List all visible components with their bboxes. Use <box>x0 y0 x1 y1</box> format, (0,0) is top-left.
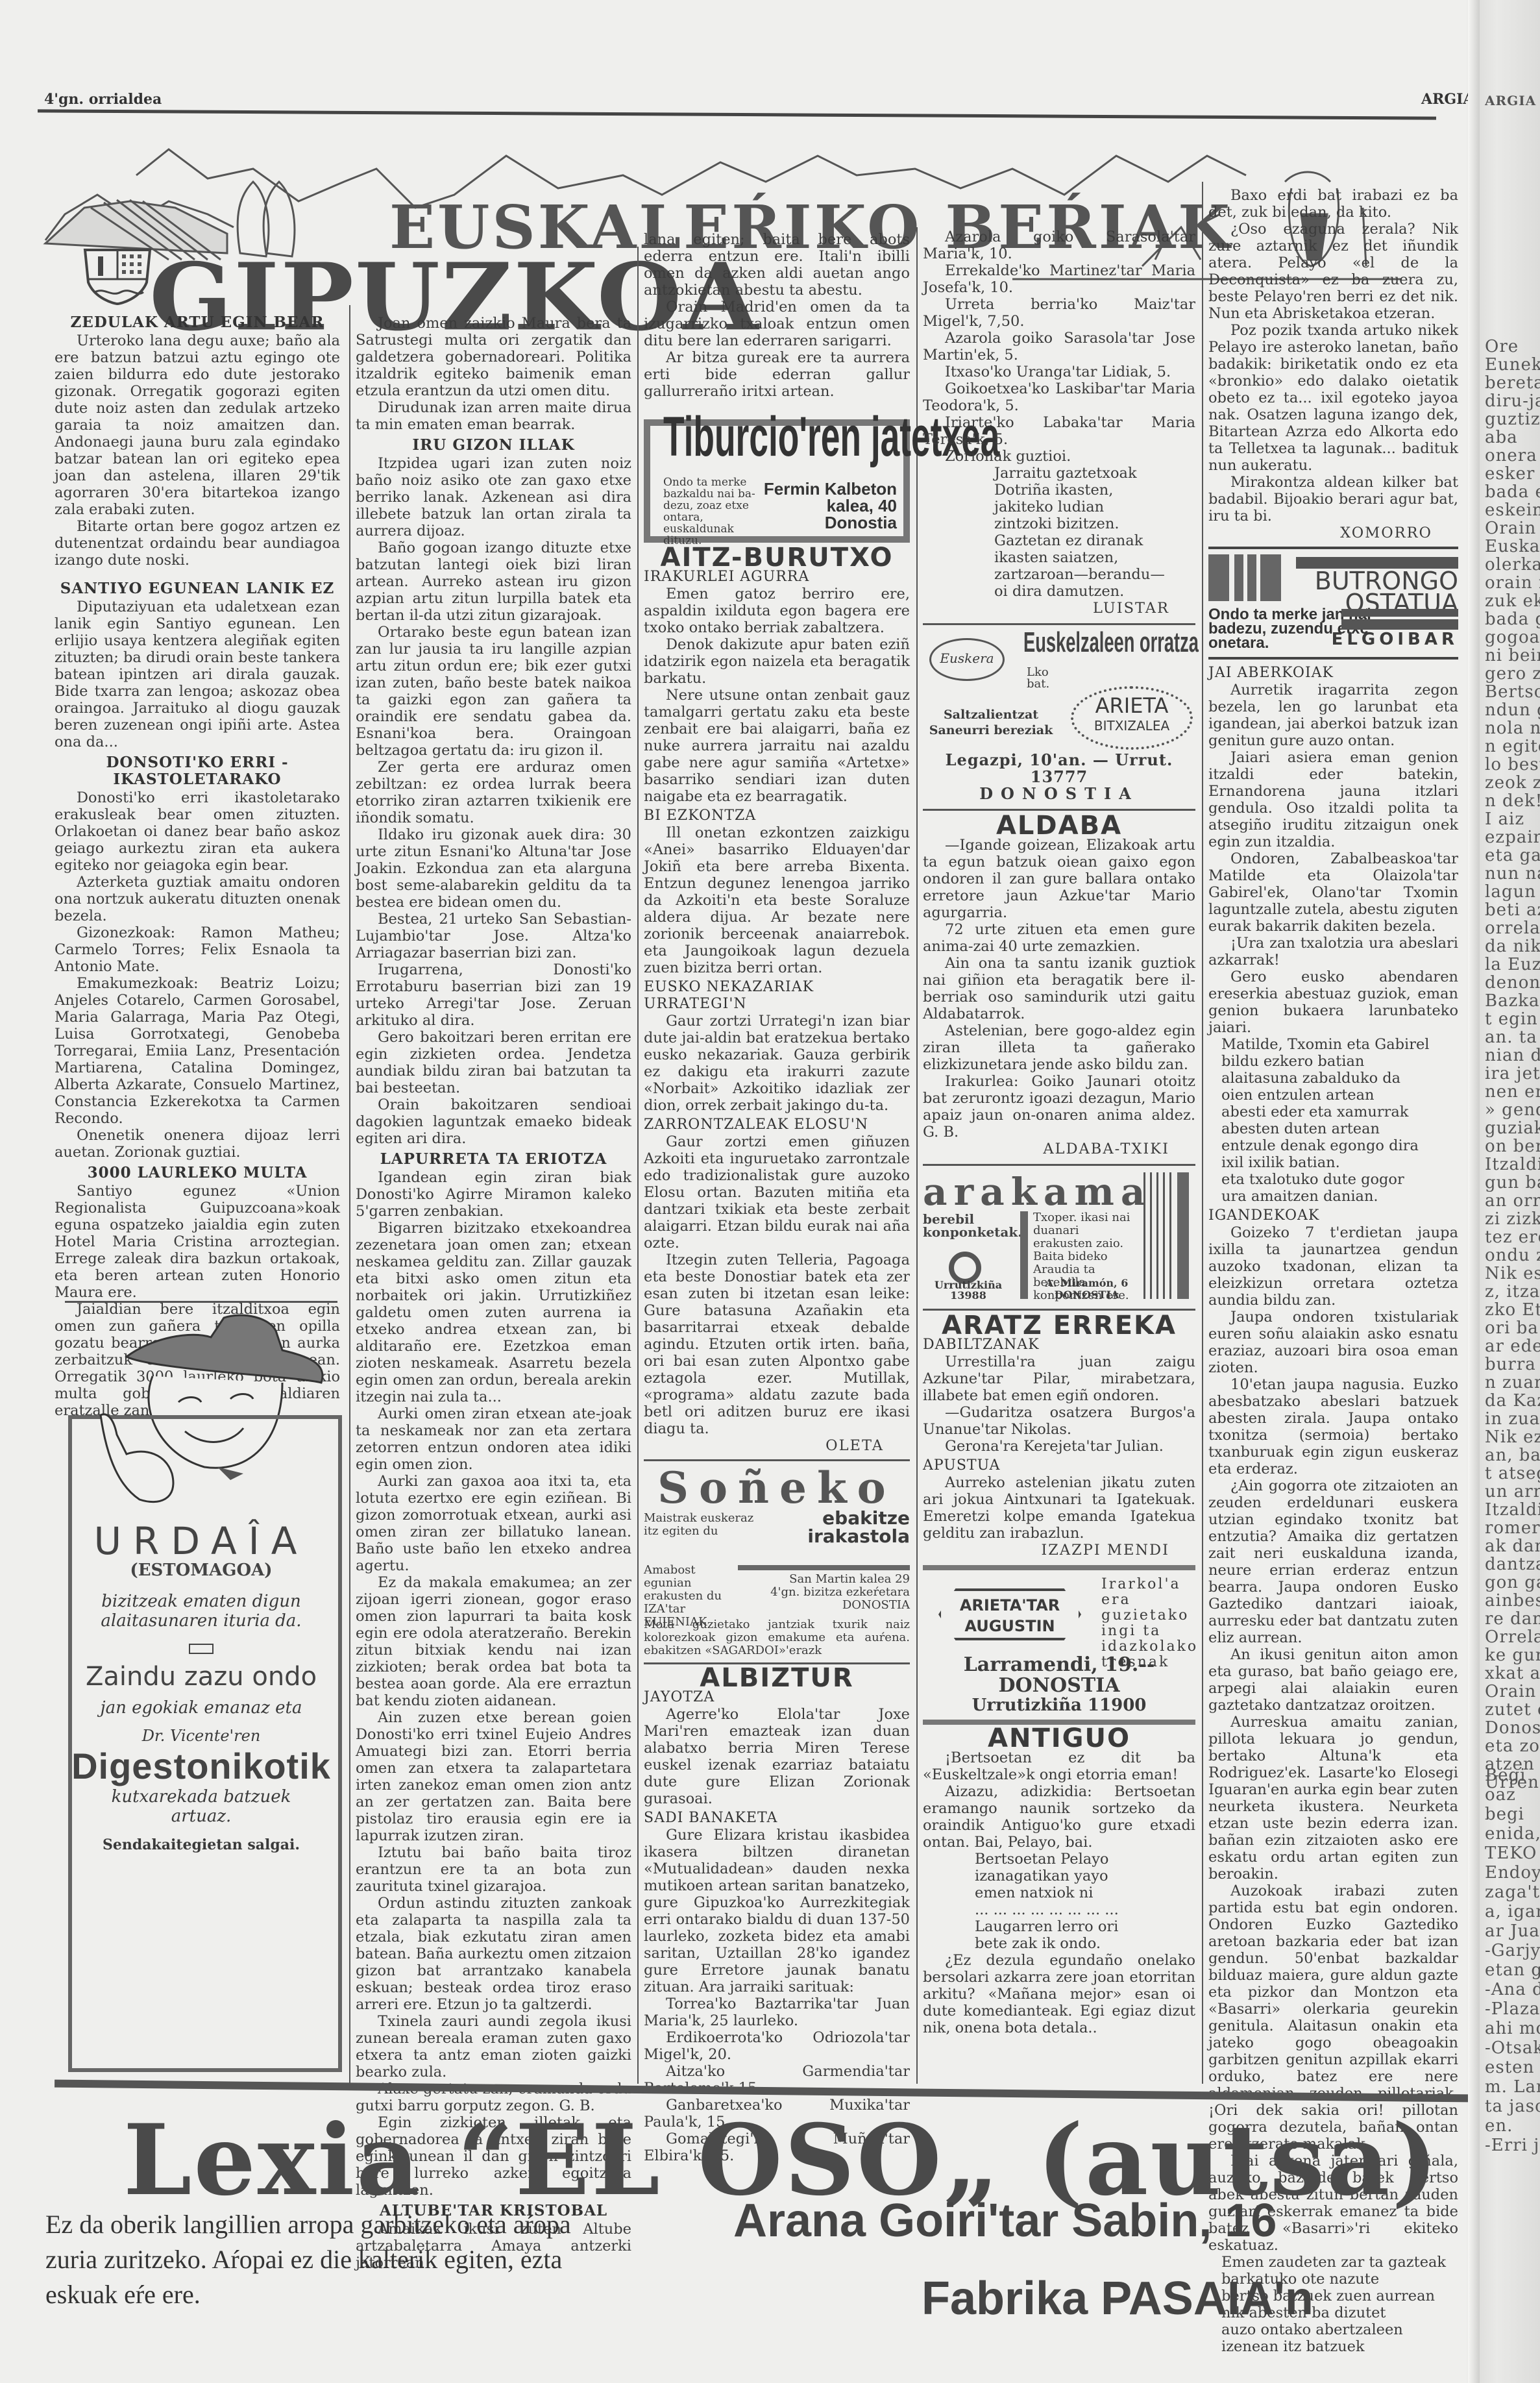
adjacent-page-fragment: diru-jar <box>1485 392 1540 410</box>
ad-title: Euskelzaleen orratza <box>1023 634 1199 651</box>
adjacent-page-fragment: dantza <box>1485 1555 1540 1574</box>
article-paragraph: ¿Oso ezaguna zerala? Nik zure aztarnik e… <box>1208 221 1458 322</box>
article-heading: ZARRONTZALEAK ELOSU'N <box>644 1117 910 1133</box>
poem-line: Emen zaudeten zar ta gazteak <box>1221 2254 1458 2271</box>
poem: Bertsoetan Pelayoizanagatikan yayoemen n… <box>923 1851 1195 1952</box>
adjacent-page-fragment: n dek! <box>1485 792 1540 810</box>
ad-address: DONOSTIA <box>770 1599 910 1612</box>
column-divider <box>916 227 918 2084</box>
adjacent-page-fragment: Nik ez <box>1485 1428 1540 1446</box>
adjacent-page-fragment: lo beste <box>1485 756 1540 774</box>
adjacent-page-fragment: tez ere <box>1485 1228 1540 1246</box>
article-paragraph: Gero bakoitzari beren erritan ere egin z… <box>356 1029 631 1096</box>
article-paragraph: Gaur zortzi Urrategi'n izan biar dute ja… <box>644 1013 910 1114</box>
adjacent-page-fragment: t atsegi <box>1485 1464 1540 1483</box>
article-paragraph: ¡Bertsoetan ez dit ba «Euskeltzale»k ong… <box>923 1749 1195 1783</box>
ad-address: Arana Goiri'tar Sabin, 16 <box>733 2194 1277 2247</box>
adjacent-page-fragment: z, itzald <box>1485 1283 1540 1301</box>
article-paragraph: Irakurlea: Goiko Jaunari otoitz bat zeru… <box>923 1073 1195 1141</box>
adjacent-page-fragment: bada en <box>1485 483 1540 501</box>
article-paragraph: Ez da makala emakumea; an zer zijoan ige… <box>356 1574 631 1709</box>
article-paragraph: Mirakontza aldean kilker bat badabil. Bi… <box>1208 474 1458 525</box>
adjacent-page-fragment: enida, 2 <box>1485 1824 1540 1844</box>
pointing-hand-illustration <box>88 1409 191 1513</box>
adjacent-page-fragment: beti az <box>1485 901 1540 919</box>
ad-text: alaitasunaren ituria da. <box>62 1611 341 1631</box>
article-paragraph: Orain Madrid'en omen da ta izugarrizko t… <box>644 299 910 349</box>
article-paragraph: —Gudaritza osatzera Burgos'a Unanue'tar … <box>923 1404 1195 1438</box>
ad-text: Amabost egunian erakusten du IZA'tar EUJ… <box>644 1564 735 1629</box>
adjacent-page-fragment: Euskale <box>1485 537 1540 556</box>
article-paragraph: lana egiten; baita bere abots ederra ent… <box>644 231 910 299</box>
ad-factory: Fabrika PASAIA'n <box>922 2272 1314 2325</box>
poem-line: oien entzulen artean <box>1221 1087 1458 1104</box>
adjacent-page-fragment: ke gur <box>1485 1646 1540 1664</box>
adjacent-page-fragment: da Kaz <box>1485 1392 1540 1410</box>
urdaia-advertisement: URDAÎA (ESTOMAGOA) bizitzeak ematen digu… <box>62 1311 341 2071</box>
article-paragraph: Torrea'ko Baztarrika'tar Juan Maria'k, 2… <box>644 1995 910 2029</box>
ad-address: San Martin kalea 29 <box>770 1573 910 1586</box>
article-paragraph: Ain zuzen etxe berean goien Donosti'ko e… <box>356 1709 631 1844</box>
poem-line: abesti eder eta xamurrak <box>1221 1104 1458 1120</box>
adjacent-page-fragment: orain n <box>1485 574 1540 592</box>
article-paragraph: Iztutu bai baño baita tiroz erantzun ere… <box>356 1844 631 1895</box>
adjacent-page-fragment: zuk eki <box>1485 592 1540 610</box>
article-paragraph: Azarola goiko Sarasola'tar Jose Martin'e… <box>923 330 1195 364</box>
article-paragraph: Urreta berria'ko Maiz'tar Migel'k, 7,50. <box>923 296 1195 330</box>
poem-line: bildu ezkero batian <box>1221 1053 1458 1070</box>
adjacent-page-fragment: orrela <box>1485 919 1540 937</box>
article-paragraph: 10'etan jaupa nagusia. Euzko abesbatzako… <box>1208 1376 1458 1477</box>
adjacent-page-fragment: ezpairik <box>1485 828 1540 846</box>
adjacent-page-fragment: guziak <box>1485 1119 1540 1137</box>
adjacent-page-fragment: eta zo <box>1485 1737 1540 1755</box>
article-paragraph: Jaupa ondoren txistulariak euren soñu al… <box>1208 1309 1458 1376</box>
article-heading: IRU GIZON ILLAK <box>356 437 631 454</box>
adjacent-page-fragment: esten au <box>1485 2058 1540 2077</box>
adjacent-page-fragment: begi <box>1485 1805 1540 1824</box>
ad-text: Maistrak euskeraz itz egiten du <box>644 1512 761 1538</box>
ad-city: DONOSTIA <box>1033 1289 1140 1301</box>
adjacent-page-fragment: ta jaso <box>1485 2097 1540 2116</box>
ad-brand: ARIETA <box>1073 693 1190 719</box>
adjacent-page-fragment: Itzaldia <box>1485 1155 1540 1174</box>
adjacent-page-fragment: onera e <box>1485 447 1540 465</box>
article-paragraph: Denok dakizute apur baten eziñ idatzirik… <box>644 636 910 687</box>
adjacent-page-fragment: beretan. <box>1485 374 1540 392</box>
ad-subtitle: (ESTOMAGOA) <box>62 1561 341 1580</box>
poem-line: emen natxiok ni <box>975 1884 1195 1901</box>
article-paragraph: Agerre'ko Elola'tar Joxe Mari'ren emazte… <box>644 1706 910 1807</box>
ad-brand: URDAÎA <box>62 1519 341 1563</box>
poem-line: Gaztetan ez diranak <box>994 532 1195 549</box>
ad-text: Dr. Vicente'ren <box>62 1727 341 1745</box>
adjacent-page-header: ARGIA <box>1485 91 1540 110</box>
adjacent-page-fragment: -Ana d <box>1485 1980 1540 1999</box>
adjacent-page-fragment: -Otsaka <box>1485 2038 1540 2058</box>
adjacent-page-fragment: ori ba <box>1485 1319 1540 1337</box>
adjacent-page-fragment: ni bein <box>1485 647 1540 665</box>
article-paragraph: Ortarako beste egun batean izan zan lur … <box>356 624 631 759</box>
adjacent-page-fragment: etan go <box>1485 1960 1540 1980</box>
column-divider <box>637 247 639 2084</box>
arakama-garage-advertisement: arakama berebil konponketak. Urrutizkiña… <box>923 1172 1195 1302</box>
adjacent-page-fragment: I aiz <box>1485 810 1540 828</box>
article-paragraph: Jaiari asiera eman genion itzaldi eder b… <box>1208 749 1458 850</box>
adjacent-page-fragment: t egin <box>1485 1010 1540 1028</box>
arrieta-printer-advertisement: ARIETA'TAR AUGUSTIN Irarkol'a era guziet… <box>923 1577 1195 1655</box>
article-paragraph: ¡Ura zan txalotzia ura abeslari azkarrak… <box>1208 935 1458 969</box>
poem-line: ... ... ... ... ... ... ... ... <box>975 1901 1195 1918</box>
section-heading: ANTIGUO <box>923 1730 1195 1747</box>
article-paragraph: Urteroko lana degu auxe; baño ala ere ba… <box>55 332 340 518</box>
adjacent-page-fragment: m. Lan <box>1485 2077 1540 2097</box>
article-paragraph: Aurreko astelenian jikatu zuten ari joku… <box>923 1474 1195 1542</box>
adjacent-page-fragment: zeok za <box>1485 774 1540 792</box>
article-paragraph: Joan omen zaizkio Maura bera ta Satruste… <box>356 315 631 399</box>
adjacent-page-fragment: aba <box>1485 428 1540 447</box>
page-number: 4'gn. orrialdea <box>44 91 162 108</box>
article-paragraph: Emen gatoz berriro ere, aspaldin ixildut… <box>644 586 910 636</box>
article-paragraph: Itxaso'ko Uranga'tar Lidiak, 5. <box>923 364 1195 380</box>
article-paragraph: Zer gerta ere arduraz omen zebiltzan: ez… <box>356 759 631 826</box>
author-signature: LUISTAR <box>923 600 1169 617</box>
arieta-logo: ARIETA BITXIZALEA <box>1071 686 1193 750</box>
article-paragraph: Itzegin zuten Telleria, Pagoaga eta best… <box>644 1252 910 1437</box>
article-paragraph: Onenetik onenera dijoaz lerri auetan. Zo… <box>55 1127 340 1161</box>
ad-headline: Zaindu zazu ondo <box>62 1662 341 1692</box>
poem-line: Jarraitu gaztetxoak <box>994 465 1195 482</box>
column-divider <box>349 305 350 2084</box>
adjacent-page-fragment: -Plaza <box>1485 1999 1540 2019</box>
article-heading: BI EZKONTZA <box>644 808 910 824</box>
ad-title: Soñeko <box>644 1466 910 1509</box>
column-2: Joan omen zaizkio Maura bera ta Satruste… <box>356 315 631 2271</box>
ad-address: Legazpi, 10'an. — Urrut. 13777 <box>923 752 1195 785</box>
ad-phone: 13988 <box>923 1290 1014 1301</box>
ad-address: kalea, 40 <box>764 497 897 514</box>
article-heading: APUSTUA <box>923 1457 1195 1474</box>
arrieta-logo: ARIETA'TAR AUGUSTIN <box>938 1588 1081 1640</box>
poem-line: izenean itz batzuek <box>1221 2338 1458 2355</box>
adjacent-page-edge: ARGIA OreEunekoberetan.diru-jarguztiz ka… <box>1468 0 1540 2383</box>
author-signature: IZAZPI MENDI <box>923 1542 1169 1559</box>
article-paragraph: Ill onetan ezkontzen zaizkigu «Anei» bas… <box>644 824 910 976</box>
article-paragraph: Santiyo egunez «Union Regionalista Guipu… <box>55 1183 340 1301</box>
poem-line: jakiteko ludian <box>994 499 1195 515</box>
adjacent-page-fragment: Itzaldia <box>1485 1501 1540 1519</box>
adjacent-page-fragment: romeri <box>1485 1519 1540 1537</box>
article-paragraph: Bigarren bizitzako etxekoandrea zezeneta… <box>356 1220 631 1405</box>
article-paragraph: Azarola goiko Sarasola'tar Maria'k, 10. <box>923 228 1195 262</box>
ad-text: Ez da oberik langillien arropa garbitzek… <box>45 2207 617 2312</box>
poem: Jarraitu gaztetxoakDotriña ikasten,jakit… <box>923 465 1195 600</box>
adjacent-page-fragment: Euneko <box>1485 356 1540 374</box>
adjacent-page-fragment: nen ere <box>1485 1083 1540 1101</box>
author-signature: ALDABA-TXIKI <box>923 1141 1169 1157</box>
article-paragraph: Zorionak guztioi. <box>923 448 1195 465</box>
adjacent-page-fragment: eta gañ <box>1485 846 1540 865</box>
adjacent-page-fragment: ndun g <box>1485 701 1540 719</box>
adjacent-page-fragment: zko Et <box>1485 1301 1540 1319</box>
poem-line: bete zak ik ondo. <box>975 1935 1195 1952</box>
article-paragraph: Donosti'ko erri ikastoletarako erakuslea… <box>55 789 340 874</box>
section-heading: ALDABA <box>923 817 1195 834</box>
adjacent-page-fragment: ondu za <box>1485 1246 1540 1265</box>
poem-line: Laugarren lerro ori <box>975 1918 1195 1935</box>
article-paragraph: Goizeko 7 t'erdietan jaupa ixilla ta jau… <box>1208 1224 1458 1309</box>
ad-text: bat. <box>1027 678 1049 690</box>
article-paragraph: Aurki zan gaxoa aoa itxi ta, eta lotuta … <box>356 1473 631 1574</box>
ad-product: Digestonikotik <box>62 1745 341 1787</box>
article-paragraph: Txinela zauri aundi zegola ikusi zunean … <box>356 2013 631 2080</box>
header-rule <box>38 109 1436 119</box>
adjacent-page-fragment: oaz <box>1485 1785 1540 1805</box>
adjacent-page-fragment: gogoa c <box>1485 628 1540 647</box>
poem-line: alaitasuna zabalduko da <box>1221 1070 1458 1087</box>
ad-brand: AUGUSTIN <box>941 1616 1079 1636</box>
article-paragraph: Aizazu, adizkidia: Bertsoetan eramango n… <box>923 1783 1195 1851</box>
article-heading: SADI BANAKETA <box>644 1810 910 1827</box>
adjacent-page-fragment: in zuan <box>1485 1410 1540 1428</box>
poem-line: ixil ixilik batian. <box>1221 1154 1458 1171</box>
article-paragraph: ¿Ain gogorra ote zitzaioten an zeuden er… <box>1208 1477 1458 1646</box>
article-paragraph: Ordun astindu zituzten zankoak eta zalap… <box>356 1895 631 2013</box>
article-paragraph: Ar bitza gureak ere ta aurrera erti bide… <box>644 349 910 400</box>
article-paragraph: Ondoren, Zabalbeaskoa'tar Matilde eta Ol… <box>1208 850 1458 935</box>
poem-line: eta txalotuko dute gogor <box>1221 1171 1458 1188</box>
article-paragraph: Gure Elizara kristau ikasbidea ikasera b… <box>644 1827 910 1995</box>
adjacent-page-fragment: Nik esk <box>1485 1265 1540 1283</box>
adjacent-page-fragment: Endoya <box>1485 1863 1540 1883</box>
butrongo-inn-advertisement: BUTRONGO OSTATUA Ondo ta merke jan nai b… <box>1208 554 1458 652</box>
adjacent-page-text: OreEunekoberetan.diru-jarguztiz kabaoner… <box>1485 338 1540 1792</box>
adjacent-page-fragment: an. ta <box>1485 1028 1540 1046</box>
ad-address: 4'gn. bizitza ezkeŕetara <box>770 1586 910 1599</box>
adjacent-page-fragment: zutet on <box>1485 1701 1540 1719</box>
article-paragraph: Ildako iru gizonak auek dira: 30 urte zi… <box>356 826 631 911</box>
ad-text: kutxarekada batzuek <box>62 1787 341 1807</box>
poem-line: ura amaitzen danian. <box>1221 1188 1458 1205</box>
ad-phone: Urrutizkiña 11900 <box>923 1696 1195 1714</box>
adjacent-page-fragment: burra e <box>1485 1355 1540 1374</box>
article-paragraph: Gaur zortzi emen giñuzen Azkoiti eta ing… <box>644 1133 910 1252</box>
ad-text: Irarkol'a era guzietako ingi ta idazkola… <box>1101 1577 1192 1670</box>
adjacent-page-fragment: esker b <box>1485 465 1540 483</box>
article-paragraph: Aurreskua amaitu zanian, pillota lekuara… <box>1208 1714 1458 1883</box>
adjacent-page-fragment: gon gar <box>1485 1574 1540 1592</box>
poem-line: Matilde, Txomin eta Gabirel <box>1221 1036 1458 1053</box>
article-paragraph: Aurretik iragarrita zegon bezela, len go… <box>1208 682 1458 749</box>
adjacent-page-fragment: Orain ar <box>1485 1683 1540 1701</box>
adjacent-page-fragment: Ore <box>1485 338 1540 356</box>
article-paragraph: Baño gogoan izango dituzte etxe batzutan… <box>356 539 631 624</box>
article-paragraph: Emakumezkoak: Beatriz Loizu; Anjeles Cot… <box>55 975 340 1127</box>
adjacent-page-fragment: an orre <box>1485 1192 1540 1210</box>
adjacent-page-fragment: Donosti <box>1485 1719 1540 1737</box>
column-divider <box>1202 182 1203 2084</box>
adjacent-page-fragment: zaga'tar <box>1485 1883 1540 1902</box>
adjacent-page-fragment: -Erri ja <box>1485 2136 1540 2155</box>
article-heading: ZEDULAK ARTU EGIN BEAR <box>55 314 340 331</box>
ad-address: Fermin Kalbeton <box>764 480 897 497</box>
adjacent-page-fragment: on bert <box>1485 1137 1540 1155</box>
article-paragraph: Irugarrena, Donosti'ko Errotaburu baserr… <box>356 961 631 1029</box>
ad-text: bizitzeak ematen digun <box>62 1592 341 1611</box>
ad-address: Donostia <box>764 514 897 531</box>
ad-text: artuaz. <box>62 1807 341 1826</box>
adjacent-page-fragment: a, igand <box>1485 1902 1540 1921</box>
adjacent-page-fragment: nian de <box>1485 1046 1540 1065</box>
poem-line: Dotriña ikasten, <box>994 482 1195 499</box>
adjacent-page-fragment: olerkari <box>1485 556 1540 574</box>
ad-text: Saltzalientzat <box>923 707 1059 722</box>
adjacent-page-fragment: gun bañ <box>1485 1174 1540 1192</box>
article-paragraph: Diputaziyuan eta udaletxean ezan lanik e… <box>55 599 340 750</box>
article-paragraph: 72 urte zituen eta emen gure anima-zai 4… <box>923 921 1195 955</box>
adjacent-page-fragment: Orrelako <box>1485 1628 1540 1646</box>
newspaper-page: 4'gn. orrialdea ARGIA EUSKALEŔIKO BEŔIAK… <box>0 0 1467 2383</box>
adjacent-page-fragment: nun na <box>1485 865 1540 883</box>
section-divider <box>65 1301 337 1303</box>
poem-line: izanagatikan yayo <box>975 1868 1195 1884</box>
adjacent-page-fragment: da nik <box>1485 937 1540 956</box>
adjacent-page-fragment: lagun a <box>1485 883 1540 901</box>
article-paragraph: Aurki omen ziran etxean ate-joak ta nesk… <box>356 1405 631 1473</box>
article-paragraph: Erdikoerrota'ko Odriozola'tar Migel'k, 2… <box>644 2029 910 2063</box>
ad-brand: ARIETA'TAR <box>941 1595 1079 1616</box>
article-paragraph: Bestea, 21 urteko San Sebastian-Lujambio… <box>356 911 631 961</box>
article-paragraph: Baxo erdi bat irabazi ez ba det, zuk bi … <box>1208 187 1458 221</box>
poem-line: ikasten saiatzen, <box>994 549 1195 566</box>
article-paragraph: Iriarte'ko Labaka'tar Maria Teresa'k, 5. <box>923 414 1195 448</box>
ad-text: ebakitze irakastola <box>780 1509 910 1546</box>
article-paragraph: Bitarte ortan bere gogoz artzen ez duten… <box>55 518 340 569</box>
adjacent-page-fragment: n zuana <box>1485 1374 1540 1392</box>
article-paragraph: Astelenian, bere gogo-aldez egin ziran i… <box>923 1022 1195 1073</box>
adjacent-page-fragment: Orain <box>1485 519 1540 537</box>
article-paragraph: Ain ona ta santu izanik guztiok nai giñi… <box>923 955 1195 1022</box>
poem: Matilde, Txomin eta Gabirelbildu ezkero … <box>1208 1036 1458 1205</box>
article-paragraph: Poz pozik txanda artuko nikek Pelayo ire… <box>1208 322 1458 474</box>
article-paragraph: Gero eusko abendaren ereserkia abestuaz … <box>1208 969 1458 1036</box>
adjacent-page-fragment: -Garjya <box>1485 1941 1540 1960</box>
column-1: ZEDULAK ARTU EGIN BEAR Urteroko lana deg… <box>55 310 340 1419</box>
article-heading: JAI ABERKOIAK <box>1208 665 1458 682</box>
section-heading: ARATZ ERREKA <box>923 1317 1195 1334</box>
article-heading: LAPURRETA TA ERIOTZA <box>356 1151 631 1168</box>
adjacent-page-fragment: xkat ari <box>1485 1664 1540 1683</box>
adjacent-page-fragment: ak dant <box>1485 1537 1540 1555</box>
adjacent-page-fragment: eskeintz <box>1485 501 1540 519</box>
arieta-jeweller-advertisement: Euskera Euskelzaleen orratza Lko bat. Sa… <box>923 632 1195 752</box>
publication-name: ARGIA <box>1421 91 1474 108</box>
article-heading: 3000 LAURLEKO MULTA <box>55 1165 340 1181</box>
section-heading: ALBIZTUR <box>644 1670 910 1686</box>
author-signature: OLETA <box>644 1437 884 1454</box>
poem-line: abesten duten artean <box>1221 1120 1458 1137</box>
article-paragraph: Igandean egin ziran biak Donosti'ko Agir… <box>356 1169 631 1220</box>
ad-text: jan egokiak emanaz eta <box>62 1698 341 1718</box>
tiburcio-restaurant-advertisement: Tiburcio'ren jatetxea Ondo ta merke bazk… <box>644 419 910 543</box>
adjacent-page-fragment: la Euzk <box>1485 956 1540 974</box>
adjacent-page-fragment: re dant <box>1485 1610 1540 1628</box>
article-paragraph: —Igande goizean, Elizakoak artu ta egun … <box>923 837 1195 921</box>
adjacent-page-fragment: un arret <box>1485 1483 1540 1501</box>
article-paragraph: Goikoetxea'ko Laskibar'tar Maria Teodora… <box>923 380 1195 414</box>
adjacent-page-fragment: nola n <box>1485 719 1540 737</box>
poem-line: zintzoki bizitzen. <box>994 515 1195 532</box>
adjacent-page-fragment: ira jetx <box>1485 1065 1540 1083</box>
soneko-school-advertisement: Soñeko Maistrak euskeraz itz egiten du e… <box>644 1466 910 1564</box>
ad-text: Ondo ta merke bazkaldu nai ba-dezu, zoaz… <box>663 476 757 547</box>
column-3: lana egiten; baita bere abots ederra ent… <box>644 231 910 2164</box>
adjacent-page-fragment: bada ge <box>1485 610 1540 628</box>
adjacent-page-fragment: » gend <box>1485 1101 1540 1119</box>
poem-line: Bertsoetan Pelayo <box>975 1851 1195 1868</box>
poem-line: zartzaroan—berandu— <box>994 566 1195 583</box>
article-heading: EUSKO NEKAZARIAK URRATEGI'N <box>644 979 910 1013</box>
poem-line: entzule denak egongo dira <box>1221 1137 1458 1154</box>
adjacent-page-fragment: guztiz k <box>1485 410 1540 428</box>
adjacent-page-fragment: TEKO <box>1485 1844 1540 1863</box>
adjacent-page-fragment: denontz <box>1485 974 1540 992</box>
article-paragraph: Errekalde'ko Martinez'tar Maria Josefa'k… <box>923 262 1195 296</box>
ad-brand: BITXIZALEA <box>1073 719 1190 733</box>
ad-city: DONOSTIA <box>923 785 1195 802</box>
adjacent-page-fragment: ahi mol <box>1485 2019 1540 2038</box>
ad-city: ELGOIBAR <box>1332 631 1458 648</box>
section-heading: AITZ-BURUTXO <box>644 549 910 566</box>
adjacent-page-fragment: en. <box>1485 2116 1540 2136</box>
adjacent-page-fragment: Bertso <box>1485 683 1540 701</box>
adjacent-page-fragment: an, bad <box>1485 1446 1540 1464</box>
adjacent-page-ads: Begioazbegienida, 2TEKOEndoyazaga'tara, … <box>1485 1766 1540 2155</box>
column-4: Azarola goiko Sarasola'tar Maria'k, 10. … <box>923 228 1195 2036</box>
poem-line: oi dira damutzen. <box>994 583 1195 600</box>
ad-footer: Sendakaitegietan salgai. <box>62 1836 341 1853</box>
article-paragraph: Orain bakoitzaren sendioai dagokien lagu… <box>356 1096 631 1147</box>
ornament-icon <box>189 1644 214 1654</box>
author-signature: XOMORRO <box>1208 525 1432 541</box>
article-paragraph: An ikusi genitun aiton amon eta guraso, … <box>1208 1646 1458 1714</box>
article-paragraph: Gerona'ra Kerejeta'tar Julian. <box>923 1438 1195 1455</box>
article-paragraph: Itzpidea ugari izan zuten noiz baño noiz… <box>356 455 631 539</box>
gipuzkoa-coat-of-arms-icon <box>82 247 153 305</box>
adjacent-page-fragment: Bazkal <box>1485 992 1540 1010</box>
article-heading: SANTIYO EGUNEAN LANIK EZ <box>55 580 340 597</box>
ad-address: A. Miramón, 6 <box>1033 1278 1140 1289</box>
adjacent-page-fragment: ar Juan <box>1485 1921 1540 1941</box>
article-heading: IGANDEKOAK <box>1208 1207 1458 1224</box>
column-5: Baxo erdi bat irabazi ez ba det, zuk bi … <box>1208 187 1458 2355</box>
ad-text: Saneurri bereziak <box>923 722 1059 738</box>
adjacent-page-fragment: ar eder <box>1485 1337 1540 1355</box>
article-paragraph: Azterketa guztiak amaitu ondoren ona nor… <box>55 874 340 924</box>
adjacent-page-fragment: Begi <box>1485 1766 1540 1785</box>
article-paragraph: Gizonezkoak: Ramon Matheu; Carmelo Torre… <box>55 924 340 975</box>
ad-text: berebil konponketak. <box>923 1213 1007 1239</box>
adjacent-page-fragment: gero zu <box>1485 665 1540 683</box>
article-paragraph: Urrestilla'ra juan zaigu Azkune'tar Pila… <box>923 1353 1195 1404</box>
article-heading: DONSOTI'KO ERRI - IKASTOLETARAKO <box>55 754 340 788</box>
euskera-logo-icon: Euskera <box>929 638 1005 681</box>
adjacent-page-fragment: ainbest <box>1485 1592 1540 1610</box>
adjacent-page-fragment: zi zizkig <box>1485 1210 1540 1228</box>
article-paragraph: ¿Ez dezula egundaño onelako bersolari az… <box>923 1952 1195 2036</box>
article-paragraph: Nere utsune ontan zenbait gauz tamalgarr… <box>644 687 910 805</box>
adjacent-page-fragment: n egitea <box>1485 737 1540 756</box>
